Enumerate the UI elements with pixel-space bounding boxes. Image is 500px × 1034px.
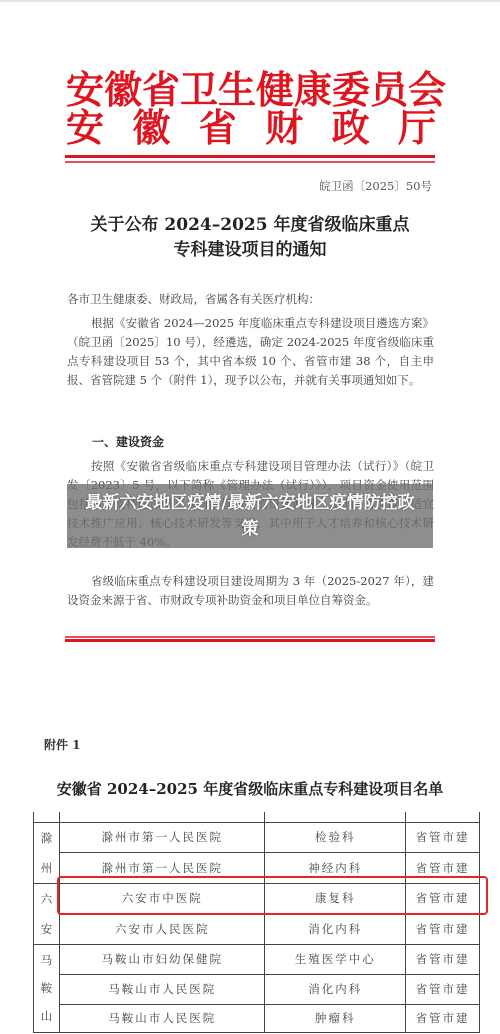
city-cell-chuzhou: 滁 州 — [34, 822, 60, 883]
headline-overlay-banner: 最新六安地区疫情/最新六安地区疫情防控政策 — [67, 484, 433, 548]
document-number: 皖卫函〔2025〕50号 — [319, 178, 432, 194]
paragraph-selection-result: 根据《安徽省 2024—2025 年度临床重点专科建设项目遴选方案》（皖卫函〔2… — [67, 314, 434, 390]
section-heading-funding: 一、建设资金 — [92, 433, 164, 450]
salutation: 各市卫生健康委、财政局，省属各有关医疗机构： — [67, 290, 434, 309]
department-cell: 检验科 — [265, 822, 406, 853]
issuer-char: 政 — [332, 108, 370, 148]
notice-title-line-1: 关于公布 2024–2025 年度省级临床重点 — [0, 213, 500, 237]
type-cell: 省管市建 — [406, 1004, 480, 1032]
issuer-char: 安 — [66, 108, 104, 148]
city-cell-maanshan: 马 鞍 山 — [34, 944, 60, 1032]
issuer-char: 徽 — [132, 108, 170, 148]
table-row: 滁 州 滁州市第一人民医院 检验科 省管市建 — [34, 822, 480, 853]
type-cell: 省管市建 — [406, 974, 480, 1004]
project-list-title: 安徽省 2024–2025 年度省级临床重点专科建设项目名单 — [0, 778, 500, 799]
table-row-highlighted: 六 安 六安市中医院 康复科 省管市建 — [34, 883, 480, 914]
hospital-cell: 滁州市第一人民医院 — [59, 853, 265, 884]
table-row-stub — [34, 812, 480, 822]
footer-red-rule-thick — [65, 639, 435, 642]
department-cell: 消化内科 — [265, 974, 406, 1004]
type-cell: 省管市建 — [406, 822, 480, 853]
footer-red-rule-thin — [65, 636, 435, 638]
issuer-health-commission: 安徽省卫生健康委员会 — [66, 70, 436, 110]
top-edge-divider — [0, 0, 500, 2]
table-row: 滁州市第一人民医院 神经内科 省管市建 — [34, 853, 480, 884]
hospital-cell: 滁州市第一人民医院 — [59, 822, 265, 853]
table-row: 马 鞍 山 马鞍山市妇幼保健院 生殖医学中心 省管市建 — [34, 944, 480, 974]
notice-title-line-2: 专科建设项目的通知 — [0, 238, 500, 262]
hospital-cell: 六安市中医院 — [59, 883, 265, 914]
header-red-rule-thick — [65, 155, 435, 158]
hospital-cell: 马鞍山市人民医院 — [59, 974, 265, 1004]
overlay-headline: 最新六安地区疫情/最新六安地区疫情防控政策 — [85, 490, 415, 542]
type-cell: 省管市建 — [406, 883, 480, 914]
hospital-cell: 马鞍山市妇幼保健院 — [59, 944, 265, 974]
header-red-rule-thin — [65, 161, 435, 163]
type-cell: 省管市建 — [406, 853, 480, 884]
hospital-cell: 六安市人民医院 — [59, 914, 265, 945]
type-cell: 省管市建 — [406, 914, 480, 945]
hospital-cell: 马鞍山市人民医院 — [59, 1004, 265, 1032]
city-cell-luan: 六 安 — [34, 883, 60, 944]
table-row: 马鞍山市人民医院 肿瘤科 省管市建 — [34, 1004, 480, 1032]
paragraph-construction-period: 省级临床重点专科建设项目建设周期为 3 年（2025-2027 年），建设资金来… — [67, 572, 434, 610]
attachment-label: 附件 1 — [44, 736, 81, 753]
issuer-finance-department: 安 徽 省 财 政 厅 — [66, 108, 436, 148]
issuer-char: 财 — [265, 108, 303, 148]
table-row: 六安市人民医院 消化内科 省管市建 — [34, 914, 480, 945]
department-cell: 康复科 — [265, 883, 406, 914]
project-list-table: 滁 州 滁州市第一人民医院 检验科 省管市建 滁州市第一人民医院 神经内科 省管… — [33, 812, 480, 1033]
department-cell: 生殖医学中心 — [265, 944, 406, 974]
table-row: 马鞍山市人民医院 消化内科 省管市建 — [34, 974, 480, 1004]
department-cell: 肿瘤科 — [265, 1004, 406, 1032]
department-cell: 神经内科 — [265, 853, 406, 884]
type-cell: 省管市建 — [406, 944, 480, 974]
issuer-char: 厅 — [398, 108, 436, 148]
department-cell: 消化内科 — [265, 914, 406, 945]
issuer-char: 省 — [199, 108, 237, 148]
